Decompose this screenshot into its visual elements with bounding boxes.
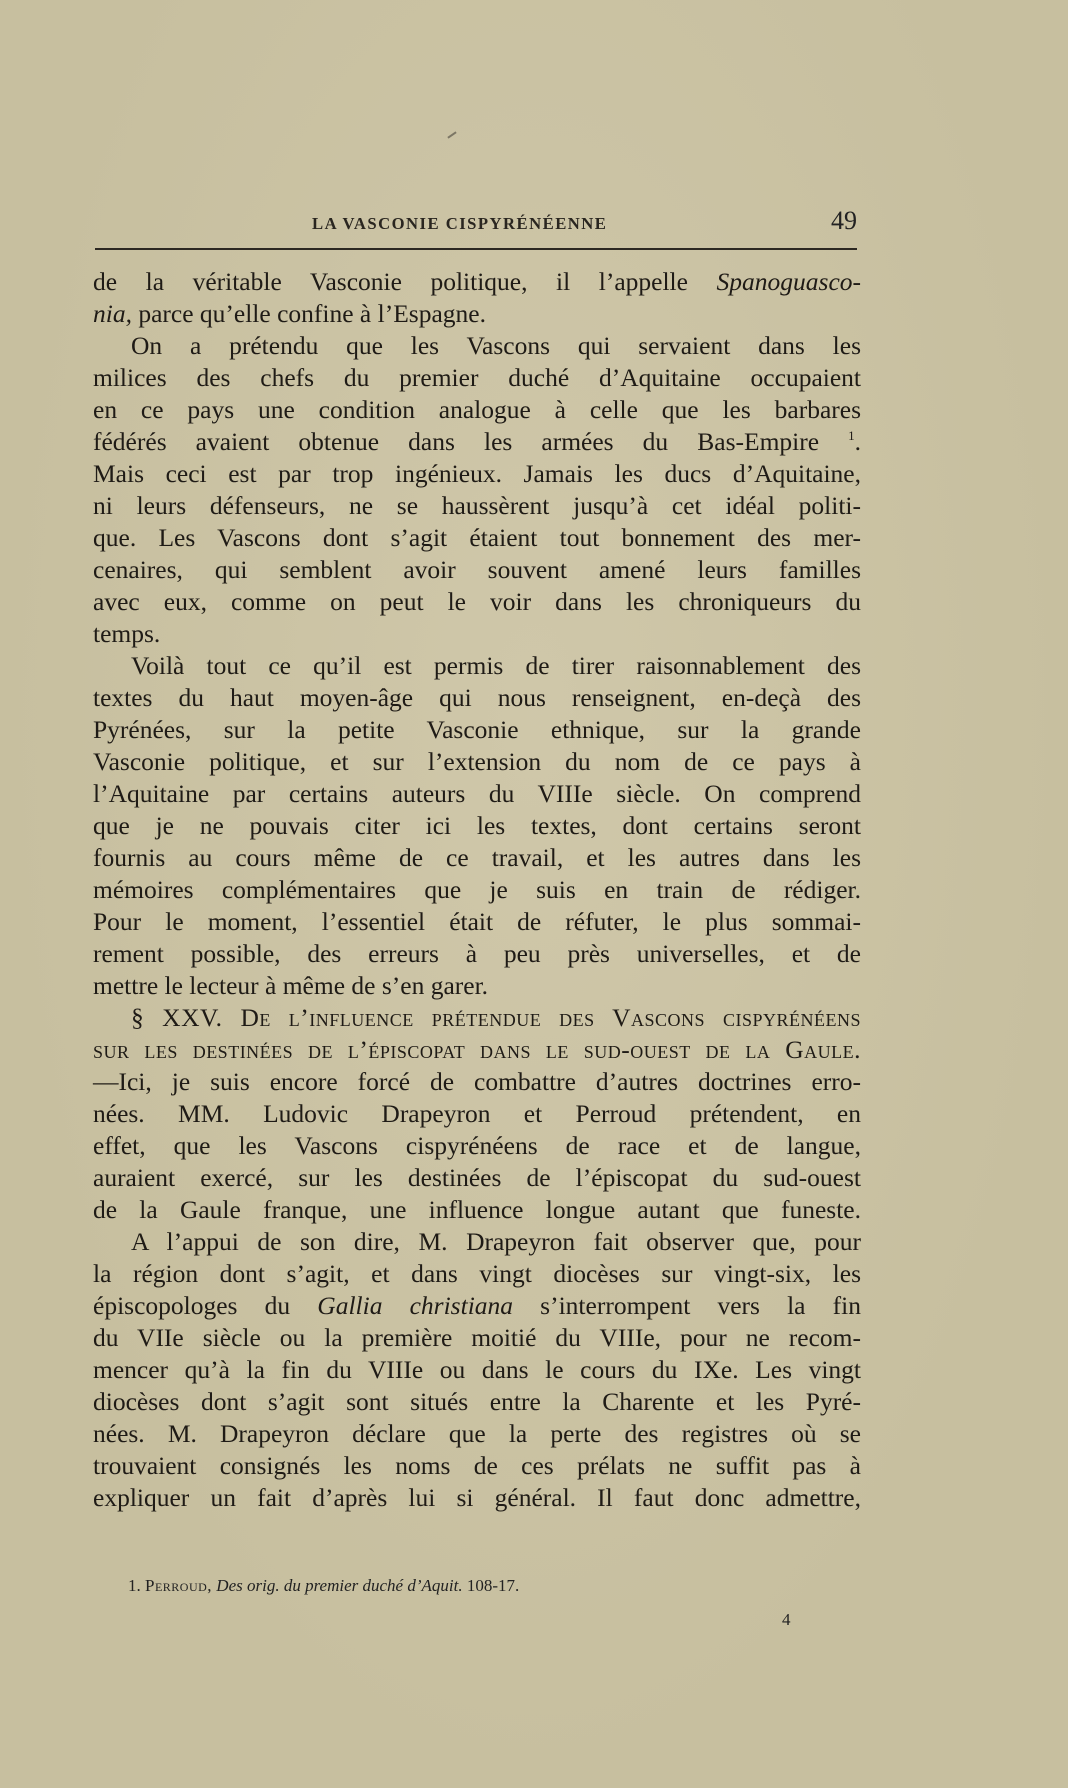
text-line: la région dont s’agit, et dans vingt dio…	[93, 1258, 861, 1290]
text-line: temps.	[93, 618, 861, 650]
text-line: nia, parce qu’elle confine à l’Espagne.	[93, 298, 861, 330]
text-span: § XXV. De l’influence prétendue des Vasc…	[131, 1003, 861, 1032]
text-span: mémoires complémentaires que je suis en …	[93, 875, 861, 904]
footnote-number: 1.	[128, 1576, 141, 1595]
text-line: expliquer un fait d’après lui si général…	[93, 1482, 861, 1514]
ink-speck	[447, 131, 456, 138]
text-line: épiscopologes du Gallia christiana s’int…	[93, 1290, 861, 1322]
text-line: —Ici, je suis encore forcé de combattre …	[93, 1066, 861, 1098]
text-span: rement possible, des erreurs à peu près …	[93, 939, 861, 968]
text-span: nées. MM. Ludovic Drapeyron et Perroud p…	[93, 1099, 861, 1128]
text-span: Pyrénées, sur la petite Vasconie ethniqu…	[93, 715, 861, 744]
text-span: la région dont s’agit, et dans vingt dio…	[93, 1259, 861, 1288]
text-line: fédérés avaient obtenue dans les armées …	[93, 426, 861, 458]
text-span: Voilà tout ce qu’il est permis de tirer …	[131, 651, 861, 680]
text-line: de la Gaule franque, une influence longu…	[93, 1194, 861, 1226]
text-span: mettre le lecteur à même de s’en garer.	[93, 971, 488, 1000]
text-line: A l’appui de son dire, M. Drapeyron fait…	[93, 1226, 861, 1258]
italic-text: Spanoguasco-	[717, 267, 861, 296]
signature-mark: 4	[782, 1610, 791, 1630]
text-line: que je ne pouvais citer ici les textes, …	[93, 810, 861, 842]
text-span: de la véritable Vasconie politique, il l…	[93, 267, 717, 296]
text-line: de la véritable Vasconie politique, il l…	[93, 266, 861, 298]
text-line: Vasconie politique, et sur l’extension d…	[93, 746, 861, 778]
text-span: avec eux, comme on peut le voir dans les…	[93, 587, 861, 616]
text-line: mémoires complémentaires que je suis en …	[93, 874, 861, 906]
text-span: expliquer un fait d’après lui si général…	[93, 1483, 861, 1512]
footnote-ref: 1	[848, 428, 855, 443]
text-line: mencer qu’à la fin du VIIIe ou dans le c…	[93, 1354, 861, 1386]
text-span: sur les destinées de l’épiscopat dans le…	[93, 1035, 861, 1064]
text-line: nées. MM. Ludovic Drapeyron et Perroud p…	[93, 1098, 861, 1130]
text-span: en ce pays une condition analogue à cell…	[93, 395, 861, 424]
italic-text: Gallia christiana	[317, 1291, 513, 1320]
text-line: auraient exercé, sur les destinées de l’…	[93, 1162, 861, 1194]
text-span: épiscopologes du	[93, 1291, 317, 1320]
text-span: fédérés avaient obtenue dans les armées …	[93, 427, 819, 456]
text-span: ni leurs défenseurs, ne se haussèrent ju…	[93, 491, 861, 520]
text-line: ni leurs défenseurs, ne se haussèrent ju…	[93, 490, 861, 522]
text-line: textes du haut moyen-âge qui nous rensei…	[93, 682, 861, 714]
text-line: que. Les Vascons dont s’agit étaient tou…	[93, 522, 861, 554]
text-span: Mais ceci est par trop ingénieux. Jamais…	[93, 459, 861, 488]
text-line: rement possible, des erreurs à peu près …	[93, 938, 861, 970]
text-span: l’Aquitaine par certains auteurs du VIII…	[93, 779, 861, 808]
footnote-pages: 108-17.	[467, 1576, 519, 1595]
footnote: 1. Perroud, Des orig. du premier duché d…	[128, 1576, 519, 1596]
text-line: nées. M. Drapeyron déclare que la perte …	[93, 1418, 861, 1450]
text-span: trouvaient consignés les noms de ces pré…	[93, 1451, 861, 1480]
text-span: nées. M. Drapeyron déclare que la perte …	[93, 1419, 861, 1448]
page-number: 49	[831, 206, 857, 236]
text-span: que. Les Vascons dont s’agit étaient tou…	[93, 523, 861, 552]
text-span: cenaires, qui semblent avoir souvent ame…	[93, 555, 861, 584]
text-span: temps.	[93, 619, 160, 648]
text-line: effet, que les Vascons cispyrénéens de r…	[93, 1130, 861, 1162]
text-span: textes du haut moyen-âge qui nous rensei…	[93, 683, 861, 712]
text-line: Voilà tout ce qu’il est permis de tirer …	[93, 650, 861, 682]
text-span: que je ne pouvais citer ici les textes, …	[93, 811, 861, 840]
footnote-author: Perroud,	[145, 1576, 212, 1595]
italic-text: nia,	[93, 299, 132, 328]
text-span: effet, que les Vascons cispyrénéens de r…	[93, 1131, 861, 1160]
header-rule	[95, 248, 857, 250]
running-head-title: LA VASCONIE CISPYRÉNÉENNE	[312, 214, 607, 234]
text-span: Vasconie politique, et sur l’extension d…	[93, 747, 861, 776]
text-line: l’Aquitaine par certains auteurs du VIII…	[93, 778, 861, 810]
text-line: du VIIe siècle ou la première moitié du …	[93, 1322, 861, 1354]
text-span: du VIIe siècle ou la première moitié du …	[93, 1323, 861, 1352]
text-span: auraient exercé, sur les destinées de l’…	[93, 1163, 861, 1192]
section-heading-line: sur les destinées de l’épiscopat dans le…	[93, 1034, 861, 1066]
text-span: parce qu’elle confine à l’Espagne.	[132, 299, 486, 328]
text-span: milices des chefs du premier duché d’Aqu…	[93, 363, 861, 392]
footnote-title: Des orig. du premier duché d’Aquit.	[216, 1576, 462, 1595]
text-span: Pour le moment, l’essentiel était de réf…	[93, 907, 861, 936]
text-line: Pour le moment, l’essentiel était de réf…	[93, 906, 861, 938]
text-span: fournis au cours même de ce travail, et …	[93, 843, 861, 872]
running-head: LA VASCONIE CISPYRÉNÉENNE 49	[95, 206, 857, 246]
text-span: mencer qu’à la fin du VIIIe ou dans le c…	[93, 1355, 861, 1384]
text-line: mettre le lecteur à même de s’en garer.	[93, 970, 861, 1002]
text-line: Mais ceci est par trop ingénieux. Jamais…	[93, 458, 861, 490]
text-span: diocèses dont s’agit sont situés entre l…	[93, 1387, 861, 1416]
text-line: On a prétendu que les Vascons qui servai…	[93, 330, 861, 362]
body-text: de la véritable Vasconie politique, il l…	[93, 266, 861, 1514]
text-line: milices des chefs du premier duché d’Aqu…	[93, 362, 861, 394]
text-line: fournis au cours même de ce travail, et …	[93, 842, 861, 874]
text-line: avec eux, comme on peut le voir dans les…	[93, 586, 861, 618]
text-span: A l’appui de son dire, M. Drapeyron fait…	[131, 1227, 861, 1256]
text-line: cenaires, qui semblent avoir souvent ame…	[93, 554, 861, 586]
text-line: en ce pays une condition analogue à cell…	[93, 394, 861, 426]
book-page: LA VASCONIE CISPYRÉNÉENNE 49 de la vérit…	[0, 0, 1068, 1788]
text-span: s’interrompent vers la fin	[513, 1291, 861, 1320]
text-line: Pyrénées, sur la petite Vasconie ethniqu…	[93, 714, 861, 746]
text-span: —Ici, je suis encore forcé de combattre …	[93, 1067, 861, 1096]
text-line: diocèses dont s’agit sont situés entre l…	[93, 1386, 861, 1418]
text-span: de la Gaule franque, une influence longu…	[93, 1195, 861, 1224]
section-heading-line: § XXV. De l’influence prétendue des Vasc…	[93, 1002, 861, 1034]
text-span: On a prétendu que les Vascons qui servai…	[131, 331, 861, 360]
text-line: trouvaient consignés les noms de ces pré…	[93, 1450, 861, 1482]
